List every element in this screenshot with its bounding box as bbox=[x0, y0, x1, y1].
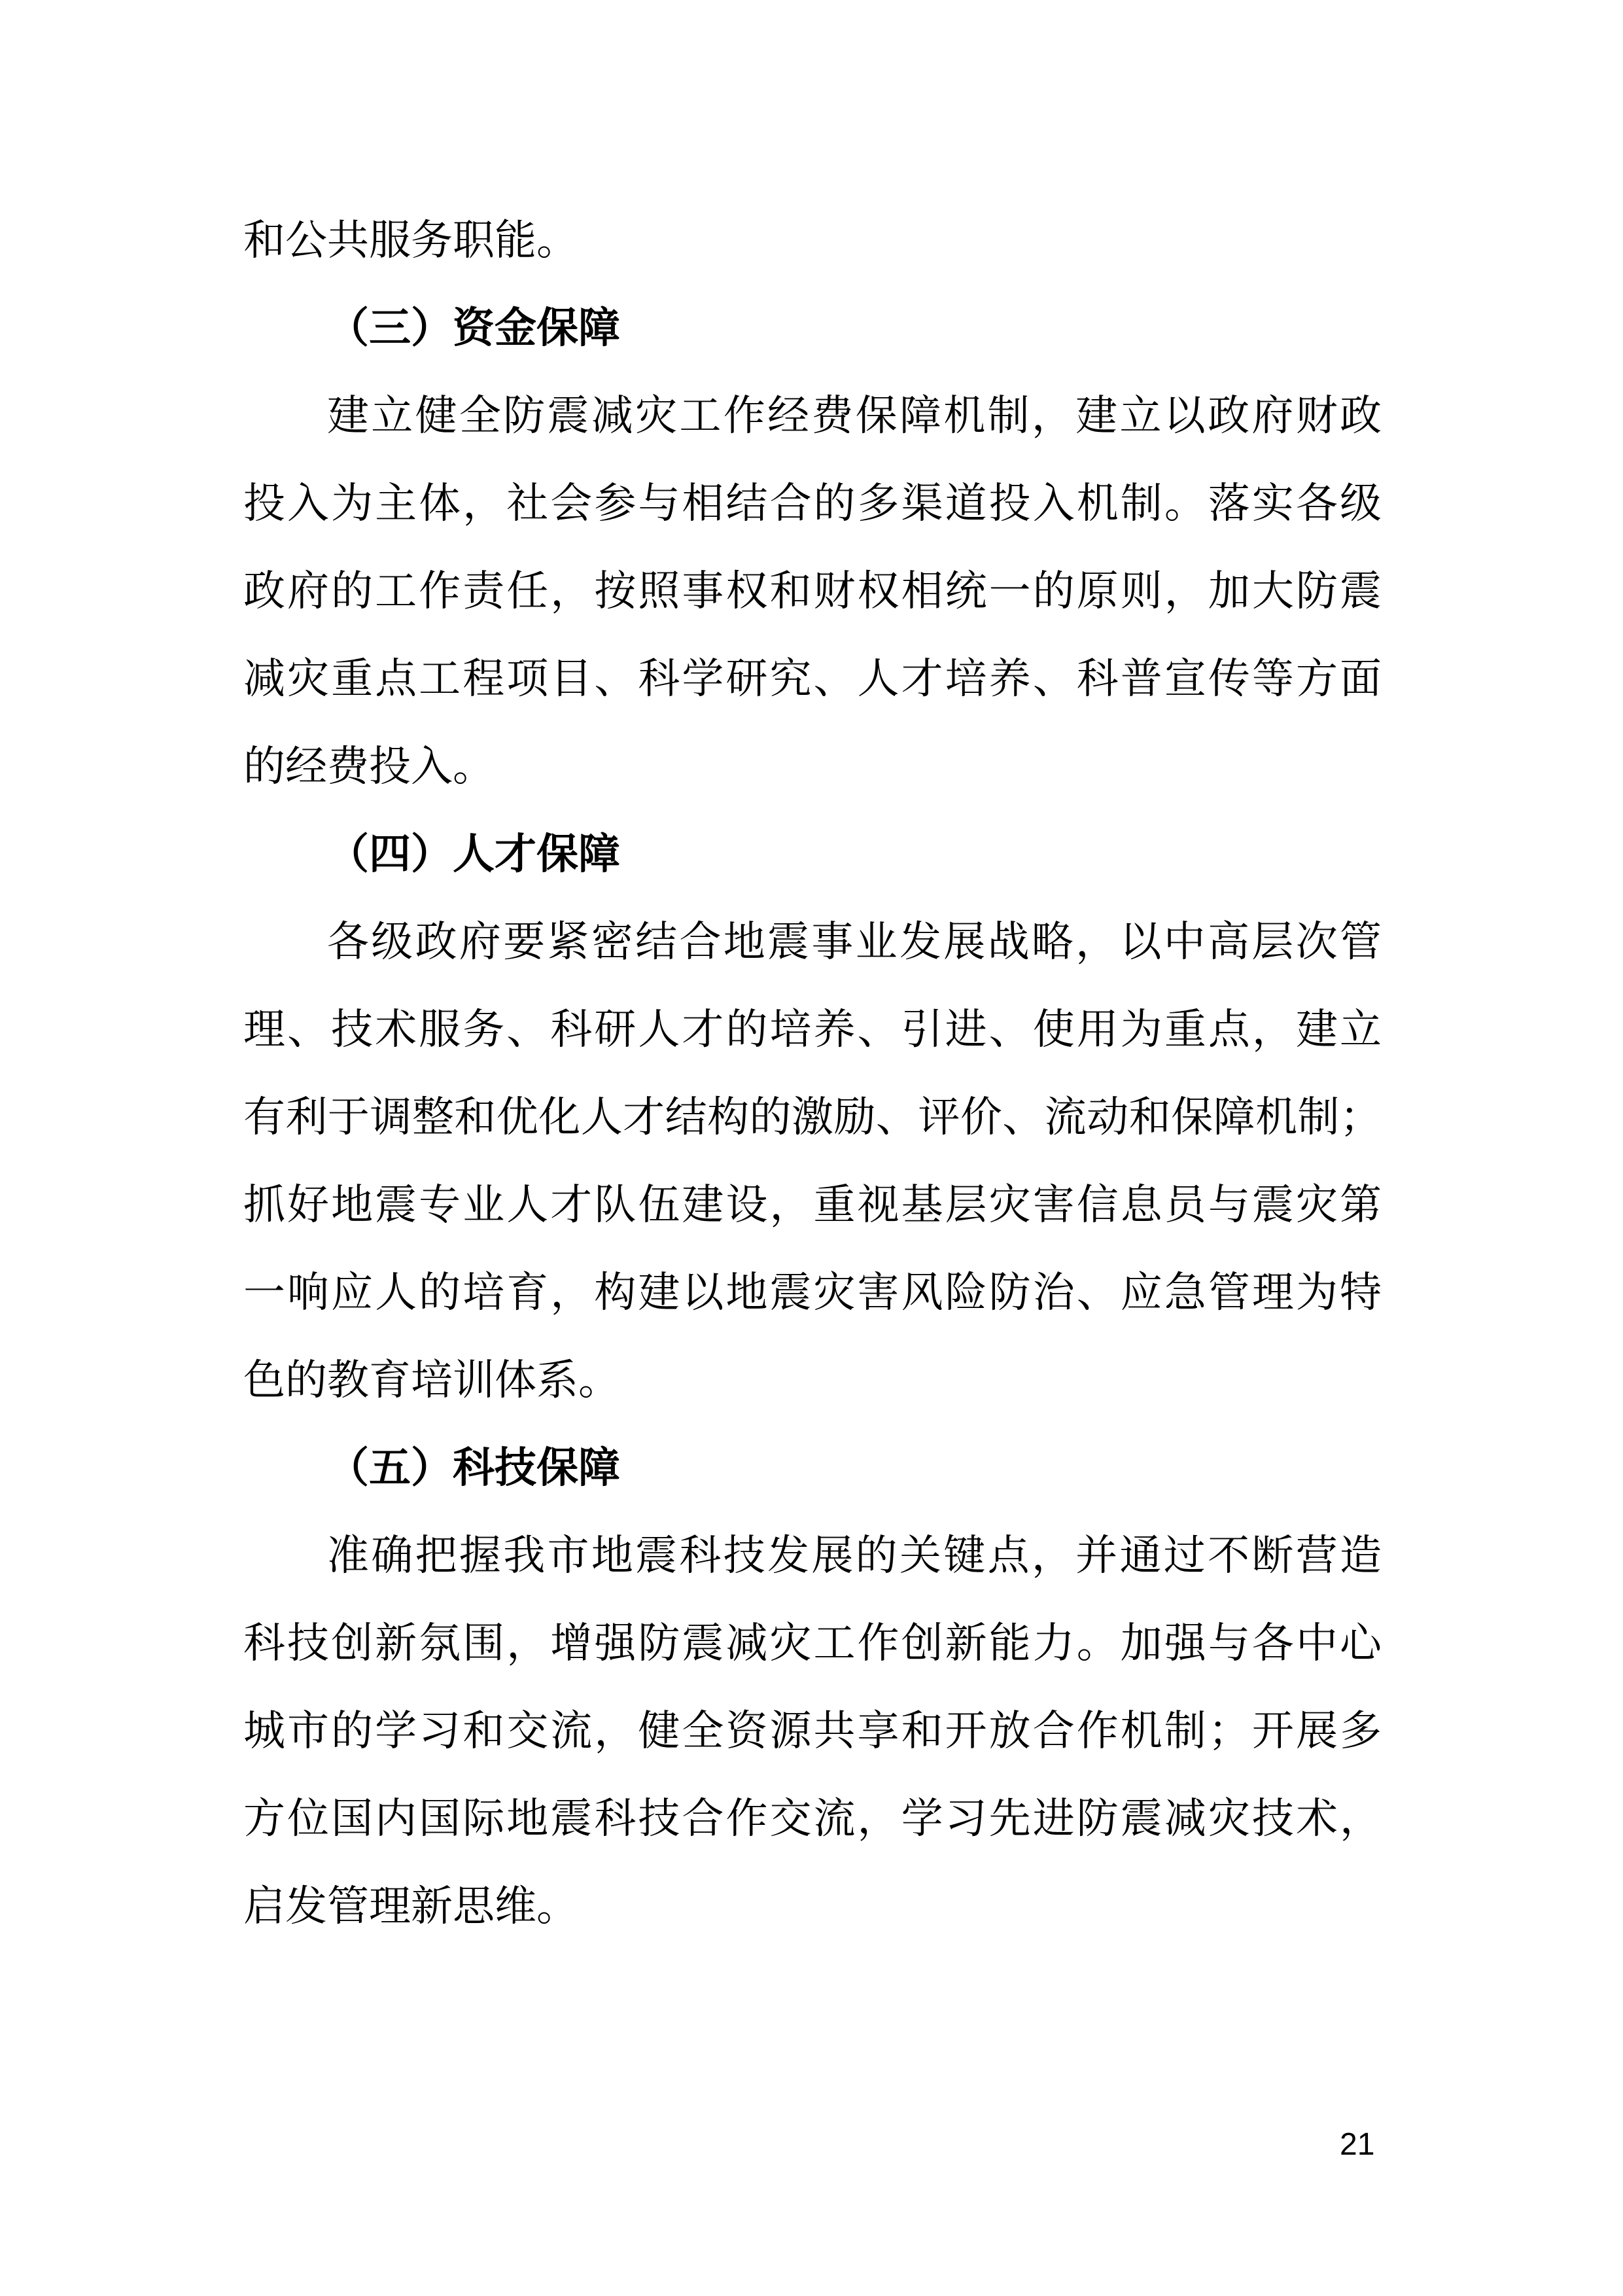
section-heading: （三）资金保障 bbox=[243, 285, 1382, 372]
text-line: 科技创新氛围，增强防震减灾工作创新能力。加强与各中心 bbox=[243, 1600, 1382, 1687]
section-heading: （五）科技保障 bbox=[243, 1424, 1382, 1512]
text-line: 色的教育培训体系。 bbox=[243, 1337, 1382, 1424]
text-line: 各级政府要紧密结合地震事业发展战略，以中高层次管 bbox=[243, 898, 1382, 986]
text-line: 城市的学习和交流，健全资源共享和开放合作机制；开展多 bbox=[243, 1687, 1382, 1775]
document-page: 和公共服务职能。 （三）资金保障 建立健全防震减灾工作经费保障机制，建立以政府财… bbox=[0, 0, 1623, 2296]
document-body: 和公共服务职能。 （三）资金保障 建立健全防震减灾工作经费保障机制，建立以政府财… bbox=[243, 197, 1382, 1951]
text-line: 投入为主体，社会参与相结合的多渠道投入机制。落实各级 bbox=[243, 460, 1382, 548]
text-line: 一响应人的培育，构建以地震灾害风险防治、应急管理为特 bbox=[243, 1249, 1382, 1337]
text-line: 理、技术服务、科研人才的培养、引进、使用为重点，建立 bbox=[243, 986, 1382, 1074]
text-line: 启发管理新思维。 bbox=[243, 1863, 1382, 1951]
text-line: 政府的工作责任，按照事权和财权相统一的原则，加大防震 bbox=[243, 548, 1382, 635]
section-heading: （四）人才保障 bbox=[243, 811, 1382, 898]
text-line: 方位国内国际地震科技合作交流，学习先进防震减灾技术， bbox=[243, 1775, 1382, 1863]
text-line: 和公共服务职能。 bbox=[243, 197, 1382, 285]
text-line: 的经费投入。 bbox=[243, 723, 1382, 811]
page-number: 21 bbox=[1340, 2128, 1374, 2162]
text-line: 有利于调整和优化人才结构的激励、评价、流动和保障机制； bbox=[243, 1074, 1382, 1161]
text-line: 减灾重点工程项目、科学研究、人才培养、科普宣传等方面 bbox=[243, 635, 1382, 723]
text-line: 抓好地震专业人才队伍建设，重视基层灾害信息员与震灾第 bbox=[243, 1161, 1382, 1249]
text-line: 建立健全防震减灾工作经费保障机制，建立以政府财政 bbox=[243, 372, 1382, 460]
text-line: 准确把握我市地震科技发展的关键点，并通过不断营造 bbox=[243, 1512, 1382, 1600]
